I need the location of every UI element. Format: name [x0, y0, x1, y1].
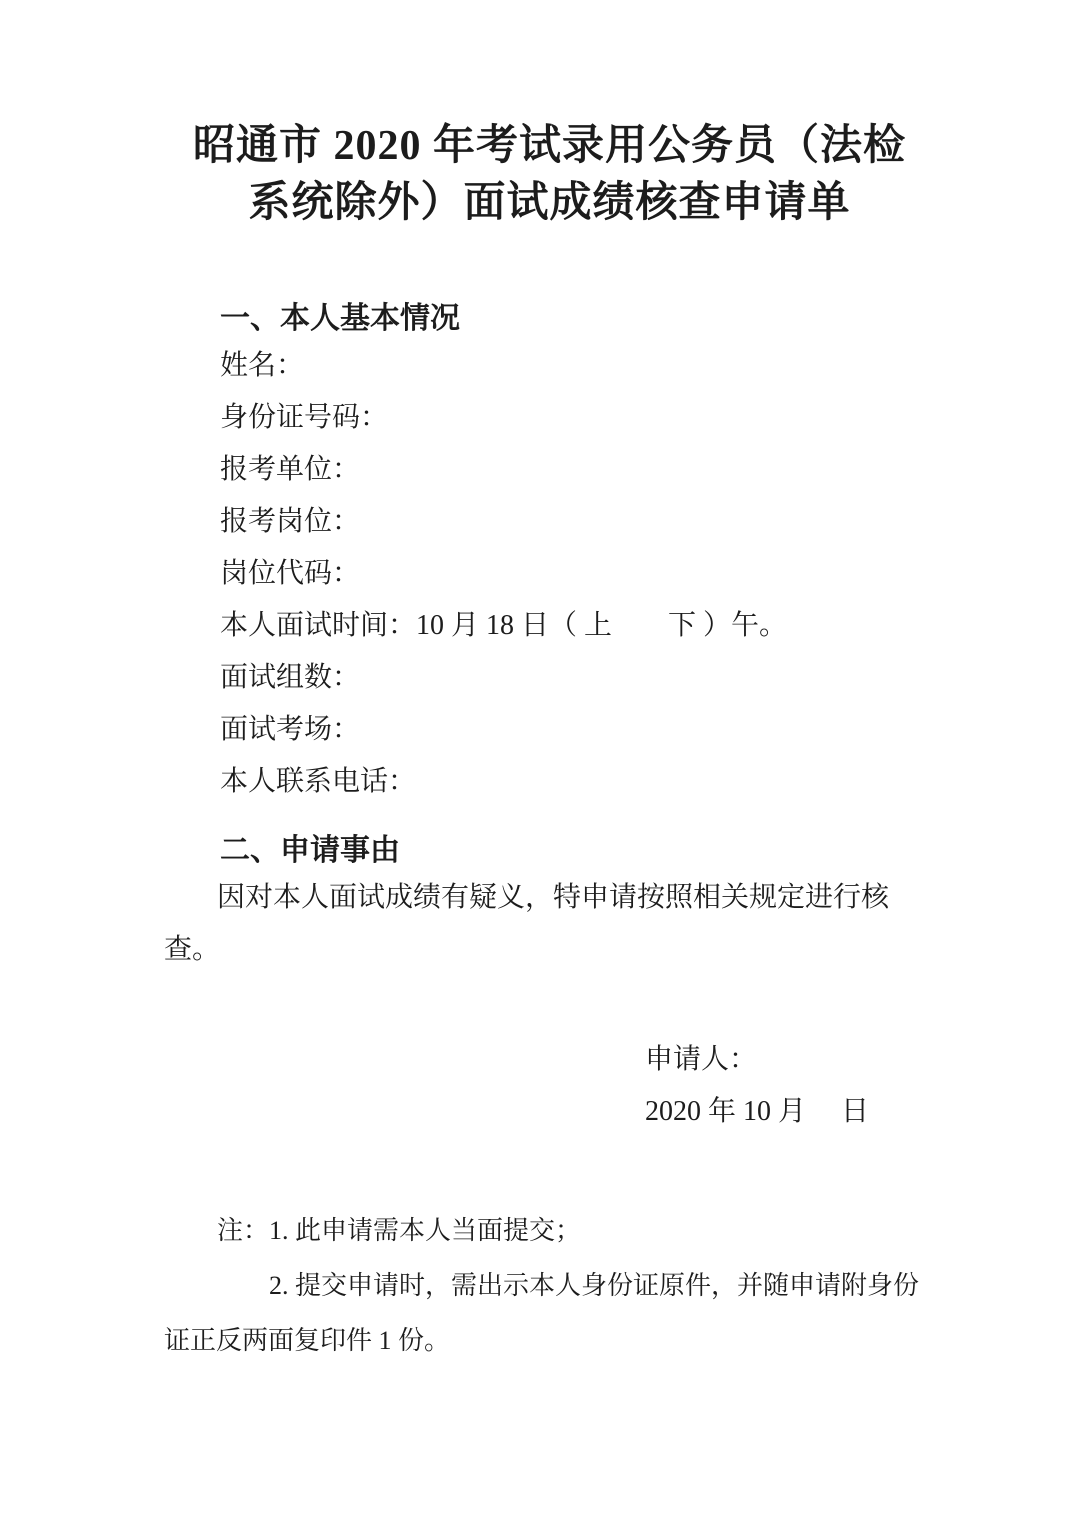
- note-line-3: 证正反两面复印件 1 份。: [164, 1313, 935, 1368]
- notes-block: 注：1. 此申请需本人当面提交； 2. 提交申请时，需出示本人身份证原件，并随申…: [164, 1203, 935, 1368]
- field-interview-group-label: 面试组数：: [220, 662, 360, 693]
- basic-info-field-list: 姓名： 身份证号码： 报考单位： 报考岗位： 岗位代码： 本人面试时间：10 月…: [164, 340, 935, 808]
- note-line-1: 注：1. 此申请需本人当面提交；: [164, 1203, 935, 1258]
- document-title-line-2: 系统除外）面试成绩核查申请单: [164, 175, 935, 232]
- field-interview-time-label: 本人面试时间：: [220, 610, 416, 641]
- document-content: 昭通市 2020 年考试录用公务员（法检 系统除外）面试成绩核查申请单 一、本人…: [164, 118, 935, 1368]
- document-title: 昭通市 2020 年考试录用公务员（法检 系统除外）面试成绩核查申请单: [164, 118, 935, 232]
- field-applied-position: 报考岗位：: [164, 496, 935, 548]
- field-position-code: 岗位代码：: [164, 548, 935, 600]
- document-page: 昭通市 2020 年考试录用公务员（法检 系统除外）面试成绩核查申请单 一、本人…: [0, 0, 1080, 1527]
- field-id-number-label: 身份证号码：: [220, 402, 388, 433]
- reason-paragraph-line-1: 因对本人面试成绩有疑义，特申请按照相关规定进行核: [164, 872, 935, 924]
- signature-date-line: 2020 年 10 月 日: [645, 1086, 935, 1138]
- field-interview-time: 本人面试时间：10 月 18 日（ 上 下 ）午。: [164, 600, 935, 652]
- field-applied-unit-label: 报考单位：: [220, 454, 360, 485]
- field-name-label: 姓名：: [220, 350, 304, 381]
- field-position-code-label: 岗位代码：: [220, 558, 360, 589]
- field-id-number: 身份证号码：: [164, 392, 935, 444]
- field-applied-unit: 报考单位：: [164, 444, 935, 496]
- field-interview-room-label: 面试考场：: [220, 714, 360, 745]
- reason-paragraph-line-2: 查。: [164, 924, 935, 976]
- field-interview-group: 面试组数：: [164, 652, 935, 704]
- document-title-line-1: 昭通市 2020 年考试录用公务员（法检: [164, 118, 935, 175]
- field-applied-position-label: 报考岗位：: [220, 506, 360, 537]
- field-contact-phone-label: 本人联系电话：: [220, 766, 416, 797]
- note-line-2: 2. 提交申请时，需出示本人身份证原件，并随申请附身份: [164, 1258, 935, 1313]
- section-basic-info-heading: 一、本人基本情况: [164, 298, 935, 340]
- section-reason-heading: 二、申请事由: [164, 830, 935, 872]
- field-contact-phone: 本人联系电话：: [164, 756, 935, 808]
- field-interview-room: 面试考场：: [164, 704, 935, 756]
- field-interview-time-value: 10 月 18 日（ 上 下 ）午。: [416, 610, 787, 641]
- signature-block: 申请人： 2020 年 10 月 日: [645, 1034, 935, 1138]
- field-name: 姓名：: [164, 340, 935, 392]
- applicant-signature-label: 申请人：: [645, 1034, 935, 1086]
